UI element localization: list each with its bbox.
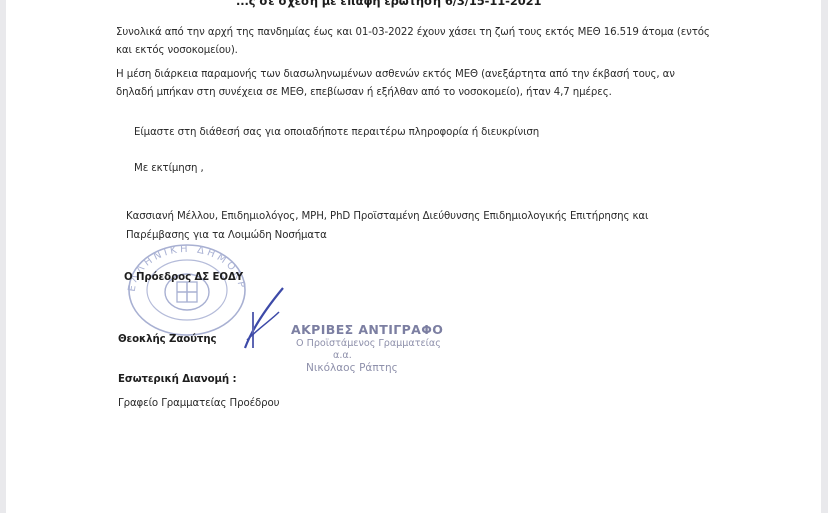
availability-text: Είμαστε στη διάθεσή σας για οποιαδήποτε … [134,127,539,138]
certified-aa: α.α. [333,350,352,361]
closing-text: Με εκτίμηση , [134,163,204,174]
certified-copy-stamp: ΑΚΡΙΒΕΣ ΑΝΤΙΓΡΑΦΟ [291,322,443,337]
president-name: Θεοκλής Ζαούτης [118,334,216,345]
paragraph-duration-line1: Η μέση διάρκεια παραμονής των διασωληνωμ… [116,69,675,80]
internal-distribution-item: Γραφείο Γραμματείας Προέδρου [118,398,279,409]
svg-text:ΕΛΛΗΝΙΚΗ ΔΗΜΟΚΡΑΤΙΑ · ΕΟΔΥ: ΕΛΛΗΝΙΚΗ ΔΗΜΟΚΡΑΤΙΑ · ΕΟΔΥ [123,240,247,292]
document-header: ...ς σε σχέση με επαφή ερώτηση 6/3/15-11… [236,0,541,8]
document-page: ...ς σε σχέση με επαφή ερώτηση 6/3/15-11… [6,0,821,513]
paragraph-deaths-line1: Συνολικά από την αρχή της πανδημίας έως … [116,27,710,38]
signature-icon [231,282,301,352]
paragraph-deaths-line2: και εκτός νοσοκομείου). [116,45,238,56]
paragraph-duration-line2: δηλαδή μπήκαν στη συνέχεια σε ΜΕΘ, επεβί… [116,87,612,98]
president-title: Ο Πρόεδρος ΔΣ ΕΟΔΥ [124,272,243,283]
author-line1: Κασσιανή Μέλλου, Επιδημιολόγος, MPH, PhD… [126,211,648,222]
certified-name: Νικόλαος Ράπτης [306,362,398,374]
internal-distribution-label: Εσωτερική Διανομή : [118,374,236,385]
certified-role: Ο Προϊστάμενος Γραμματείας [296,338,441,349]
